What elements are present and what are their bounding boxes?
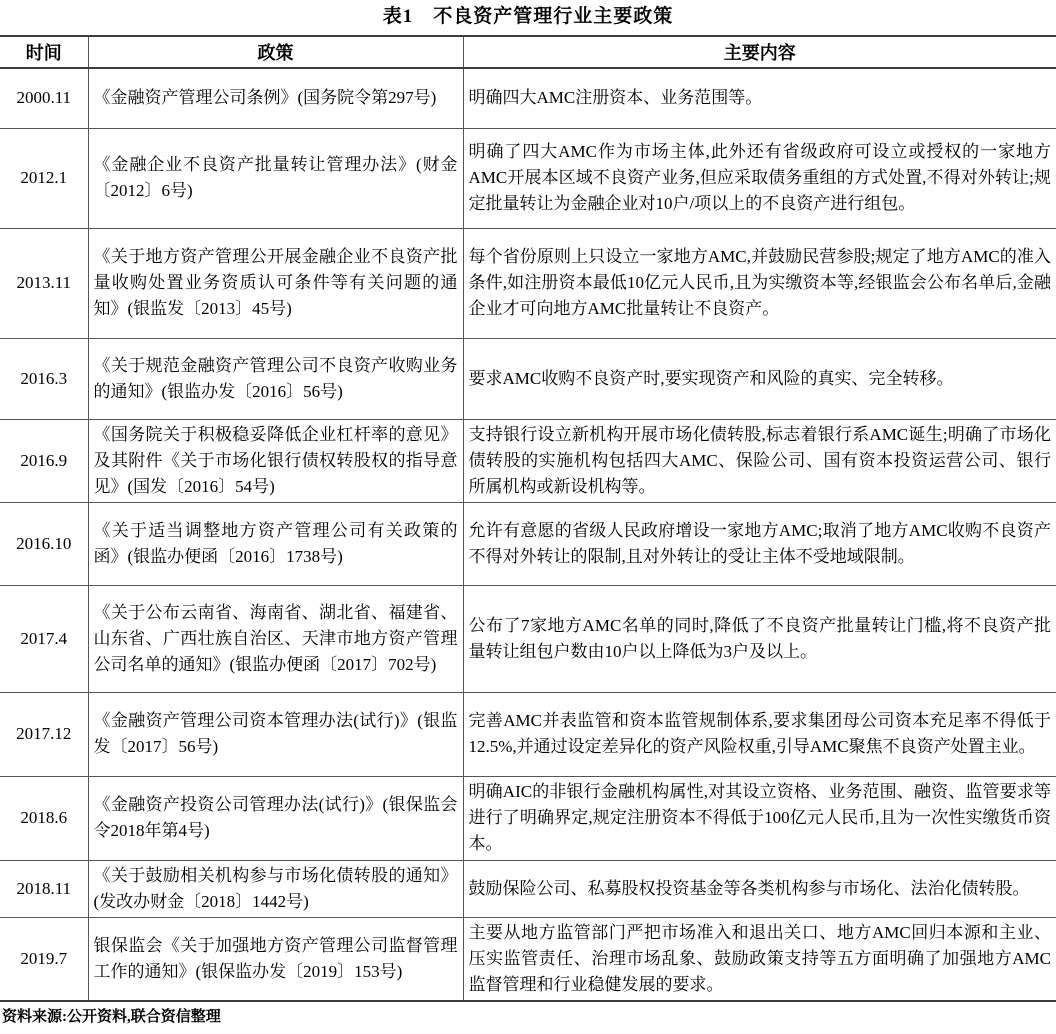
- policy-cell: 《关于公布云南省、海南省、湖北省、福建省、山东省、广西壮族自治区、天津市地方资产…: [88, 585, 463, 692]
- content-cell: 明确AIC的非银行金融机构属性,对其设立资格、业务范围、融资、监管要求等进行了明…: [463, 776, 1056, 860]
- source-note: 资料来源:公开资料,联合资信整理: [0, 1002, 1056, 1027]
- time-cell: 2016.3: [0, 338, 88, 419]
- time-cell: 2012.1: [0, 128, 88, 228]
- table-row: 2017.12《金融资产管理公司资本管理办法(试行)》(银监发〔2017〕56号…: [0, 692, 1056, 776]
- col-header-policy: 政策: [88, 36, 463, 68]
- col-header-time: 时间: [0, 36, 88, 68]
- policy-cell: 《金融资产投资公司管理办法(试行)》(银保监会令2018年第4号): [88, 776, 463, 860]
- policy-cell: 《金融企业不良资产批量转让管理办法》(财金〔2012〕6号): [88, 128, 463, 228]
- table-row: 2016.3《关于规范金融资产管理公司不良资产收购业务的通知》(银监办发〔201…: [0, 338, 1056, 419]
- table-row: 2017.4《关于公布云南省、海南省、湖北省、福建省、山东省、广西壮族自治区、天…: [0, 585, 1056, 692]
- table-row: 2018.11《关于鼓励相关机构参与市场化债转股的通知》(发改办财金〔2018〕…: [0, 860, 1056, 917]
- content-cell: 每个省份原则上只设立一家地方AMC,并鼓励民营参股;规定了地方AMC的准入条件,…: [463, 228, 1056, 338]
- policy-cell: 《关于鼓励相关机构参与市场化债转股的通知》(发改办财金〔2018〕1442号): [88, 860, 463, 917]
- table-row: 2000.11《金融资产管理公司条例》(国务院令第297号)明确四大AMC注册资…: [0, 68, 1056, 128]
- time-cell: 2013.11: [0, 228, 88, 338]
- content-cell: 主要从地方监管部门严把市场准入和退出关口、地方AMC回归本源和主业、压实监管责任…: [463, 917, 1056, 1001]
- content-cell: 完善AMC并表监管和资本监管规制体系,要求集团母公司资本充足率不得低于12.5%…: [463, 692, 1056, 776]
- content-cell: 明确四大AMC注册资本、业务范围等。: [463, 68, 1056, 128]
- table-row: 2013.11《关于地方资产管理公开展金融企业不良资产批量收购处置业务资质认可条…: [0, 228, 1056, 338]
- policy-cell: 《金融资产管理公司资本管理办法(试行)》(银监发〔2017〕56号): [88, 692, 463, 776]
- content-cell: 明确了四大AMC作为市场主体,此外还有省级政府可设立或授权的一家地方AMC开展本…: [463, 128, 1056, 228]
- col-header-content: 主要内容: [463, 36, 1056, 68]
- time-cell: 2016.10: [0, 502, 88, 585]
- time-cell: 2016.9: [0, 419, 88, 502]
- time-cell: 2019.7: [0, 917, 88, 1001]
- time-cell: 2000.11: [0, 68, 88, 128]
- table-row: 2016.9《国务院关于积极稳妥降低企业杠杆率的意见》及其附件《关于市场化银行债…: [0, 419, 1056, 502]
- document-page: 表1 不良资产管理行业主要政策 时间 政策 主要内容 2000.11《金融资产管…: [0, 0, 1056, 1034]
- policy-table-body: 2000.11《金融资产管理公司条例》(国务院令第297号)明确四大AMC注册资…: [0, 68, 1056, 1001]
- table-row: 2016.10《关于适当调整地方资产管理公司有关政策的函》(银监办便函〔2016…: [0, 502, 1056, 585]
- policy-table: 时间 政策 主要内容 2000.11《金融资产管理公司条例》(国务院令第297号…: [0, 35, 1056, 1002]
- time-cell: 2018.6: [0, 776, 88, 860]
- table-row: 2018.6《金融资产投资公司管理办法(试行)》(银保监会令2018年第4号)明…: [0, 776, 1056, 860]
- time-cell: 2018.11: [0, 860, 88, 917]
- policy-cell: 《金融资产管理公司条例》(国务院令第297号): [88, 68, 463, 128]
- content-cell: 允许有意愿的省级人民政府增设一家地方AMC;取消了地方AMC收购不良资产不得对外…: [463, 502, 1056, 585]
- table-row: 2019.7银保监会《关于加强地方资产管理公司监督管理工作的通知》(银保监办发〔…: [0, 917, 1056, 1001]
- content-cell: 支持银行设立新机构开展市场化债转股,标志着银行系AMC诞生;明确了市场化债转股的…: [463, 419, 1056, 502]
- policy-cell: 银保监会《关于加强地方资产管理公司监督管理工作的通知》(银保监办发〔2019〕1…: [88, 917, 463, 1001]
- content-cell: 要求AMC收购不良资产时,要实现资产和风险的真实、完全转移。: [463, 338, 1056, 419]
- time-cell: 2017.12: [0, 692, 88, 776]
- content-cell: 公布了7家地方AMC名单的同时,降低了不良资产批量转让门槛,将不良资产批量转让组…: [463, 585, 1056, 692]
- policy-cell: 《关于适当调整地方资产管理公司有关政策的函》(银监办便函〔2016〕1738号): [88, 502, 463, 585]
- table-title: 表1 不良资产管理行业主要政策: [0, 0, 1056, 35]
- table-row: 2012.1《金融企业不良资产批量转让管理办法》(财金〔2012〕6号)明确了四…: [0, 128, 1056, 228]
- header-row: 时间 政策 主要内容: [0, 36, 1056, 68]
- time-cell: 2017.4: [0, 585, 88, 692]
- policy-cell: 《关于地方资产管理公开展金融企业不良资产批量收购处置业务资质认可条件等有关问题的…: [88, 228, 463, 338]
- policy-cell: 《国务院关于积极稳妥降低企业杠杆率的意见》及其附件《关于市场化银行债权转股权的指…: [88, 419, 463, 502]
- content-cell: 鼓励保险公司、私募股权投资基金等各类机构参与市场化、法治化债转股。: [463, 860, 1056, 917]
- policy-cell: 《关于规范金融资产管理公司不良资产收购业务的通知》(银监办发〔2016〕56号): [88, 338, 463, 419]
